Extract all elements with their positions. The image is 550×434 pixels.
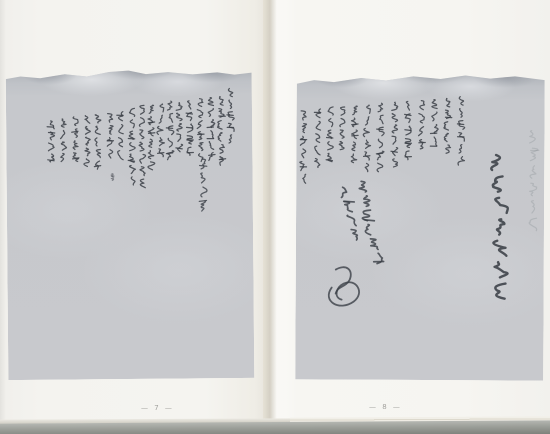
right-plate-photo [295,73,545,380]
right-page-number: — 8 — [369,403,402,411]
book-photo: — 7 — — 8 — [0,0,550,434]
table-edge [0,420,550,434]
calligraphy-right [295,73,545,380]
left-plate-photo [6,69,255,380]
left-page-number: — 7 — [141,404,174,412]
calligraphy-left [6,69,255,380]
